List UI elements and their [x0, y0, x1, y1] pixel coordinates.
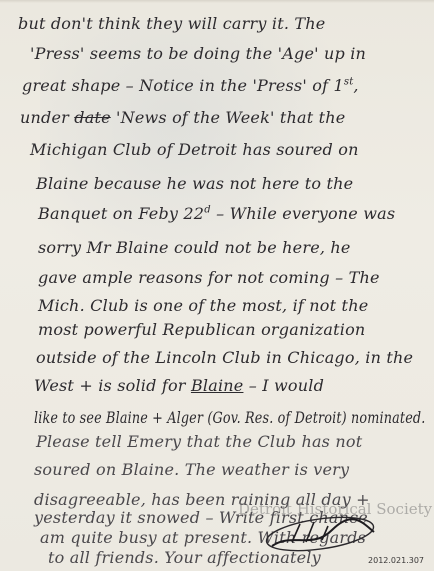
letter-line: Mich. Club is one of the most, if not th…: [38, 296, 368, 315]
letter-line: soured on Blaine. The weather is very: [34, 460, 349, 479]
letter-line: sorry Mr Blaine could not be here, he: [38, 238, 351, 257]
letter-line: West + is solid for Blaine – I would: [34, 376, 324, 395]
letter-line: but don't think they will carry it. The: [18, 14, 325, 33]
letter-line: Please tell Emery that the Club has not: [36, 432, 362, 451]
signature-flourish-icon: [262, 512, 380, 552]
letter-line: great shape – Notice in the 'Press' of 1…: [22, 76, 359, 95]
letter-line: 'Press' seems to be doing the 'Age' up i…: [30, 44, 366, 63]
letter-page: but don't think they will carry it. The'…: [0, 0, 434, 571]
letter-line: Banquet on Feby 22d – While everyone was: [38, 204, 395, 223]
letter-line: under date 'News of the Week' that the: [20, 108, 345, 127]
letter-line: Blaine because he was not here to the: [36, 174, 353, 193]
letter-line: like to see Blaine + Alger (Gov. Res. of…: [34, 408, 425, 427]
letter-line: gave ample reasons for not coming – The: [38, 268, 380, 287]
letter-line: most powerful Republican organization: [38, 320, 365, 339]
catalog-number: 2012.021.307: [368, 556, 424, 565]
letter-line: outside of the Lincoln Club in Chicago, …: [36, 348, 413, 367]
letter-line: Michigan Club of Detroit has soured on: [30, 140, 359, 159]
